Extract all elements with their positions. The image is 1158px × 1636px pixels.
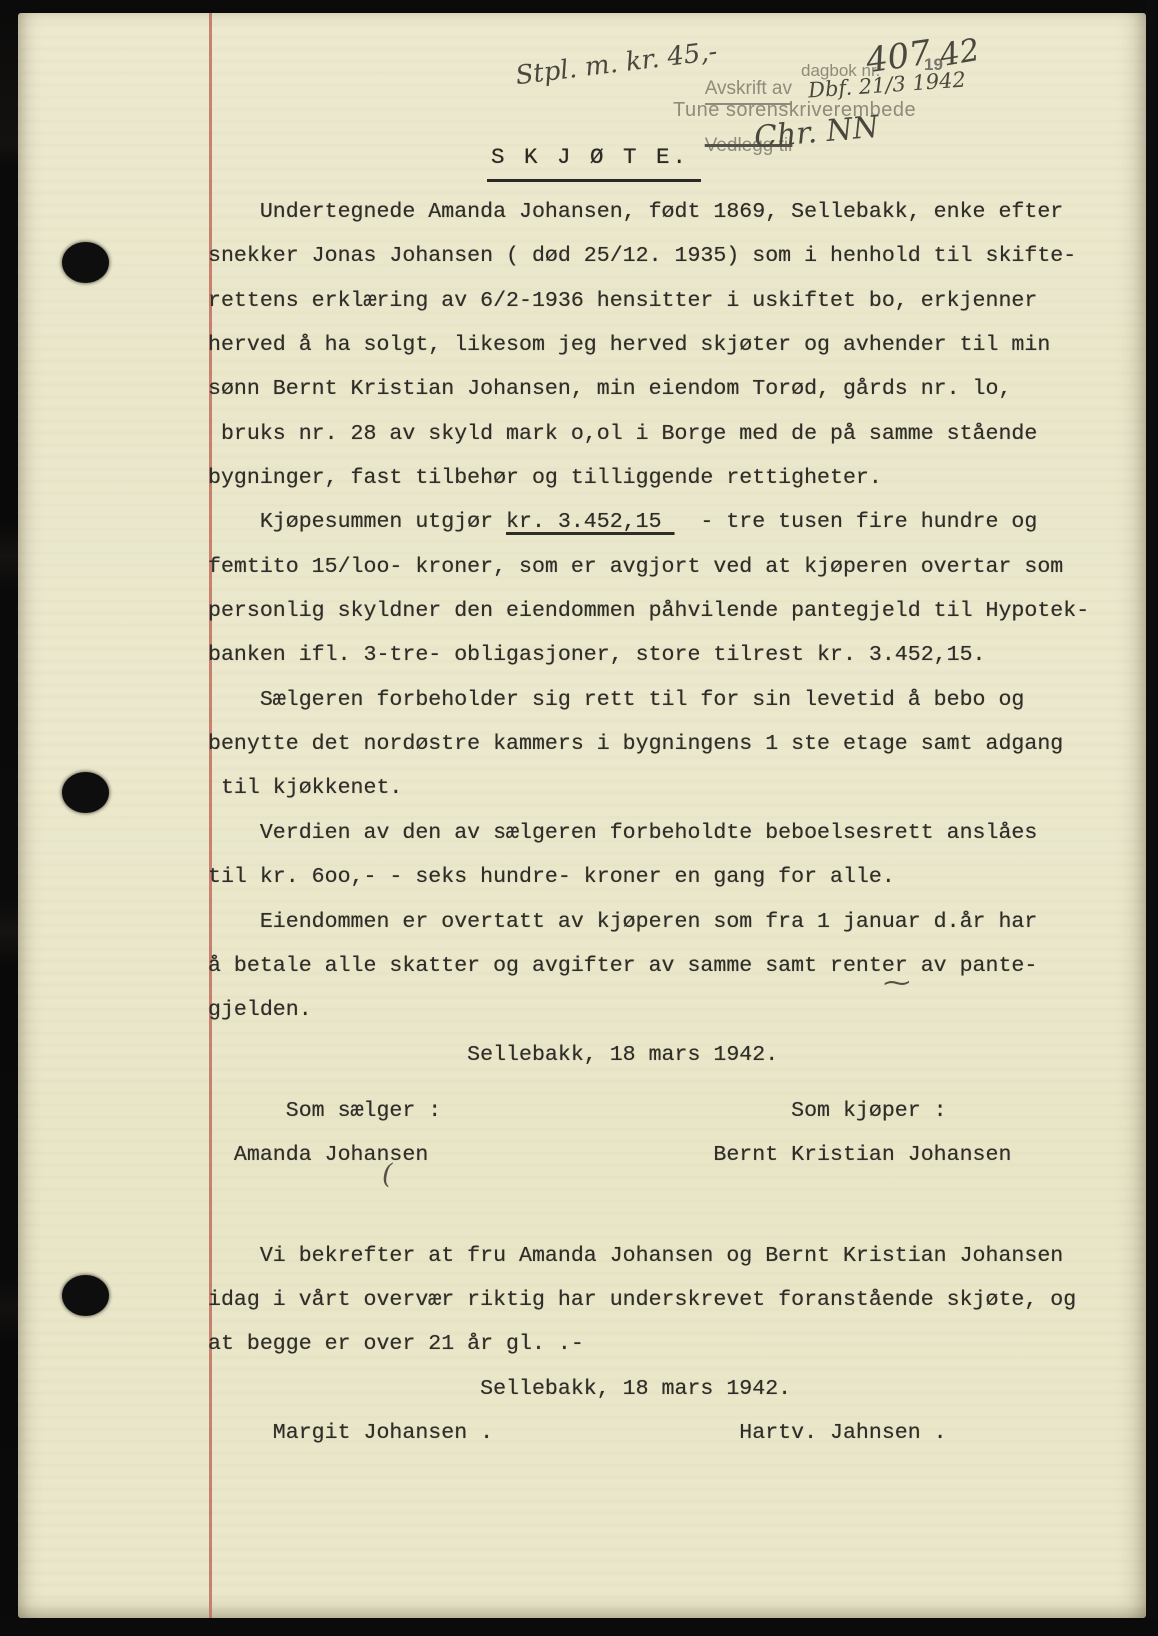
scan-edge-top	[0, 0, 1158, 13]
typed-line: Vi bekrefter at fru Amanda Johansen og B…	[208, 1234, 1123, 1278]
typed-line: Sellebakk, 18 mars 1942.	[208, 1367, 1123, 1411]
pencil-squiggle-under-renter: ~	[881, 968, 914, 998]
typed-line: bygninger, fast tilbehør og tilliggende …	[208, 456, 1123, 500]
typed-line: Margit Johansen . Hartv. Jahnsen .	[208, 1411, 1123, 1455]
typed-line: banken ifl. 3-tre- obligasjoner, store t…	[208, 633, 1123, 677]
typed-line: Undertegnede Amanda Johansen, født 1869,…	[208, 190, 1123, 234]
typed-line: herved å ha solgt, likesom jeg herved sk…	[208, 323, 1123, 367]
hole-punch-bottom	[62, 1275, 109, 1316]
typed-line: idag i vårt overvær riktig har underskre…	[208, 1278, 1123, 1322]
typed-line: til kjøkkenet.	[208, 766, 1123, 810]
scan-edge-bottom	[0, 1618, 1158, 1636]
typed-line: at begge er over 21 år gl. .-	[208, 1322, 1123, 1366]
typed-line: Eiendommen er overtatt av kjøperen som f…	[208, 900, 1123, 944]
paper-sheet: Stpl. m. kr. 45,- Avskrift av Vedlegg ti…	[18, 13, 1146, 1618]
typed-line: Verdien av den av sælgeren forbeholdte b…	[208, 811, 1123, 855]
typed-line: personlig skyldner den eiendommen påhvil…	[208, 589, 1123, 633]
typed-line: sønn Bernt Kristian Johansen, min eiendo…	[208, 367, 1123, 411]
typed-line: gjelden.	[208, 988, 1123, 1032]
typed-line: Sellebakk, 18 mars 1942.	[208, 1033, 1123, 1077]
typed-line: bruks nr. 28 av skyld mark o,ol i Borge …	[208, 412, 1123, 456]
hole-punch-top	[62, 242, 109, 283]
typed-line: til kr. 6oo,- - seks hundre- kroner en g…	[208, 855, 1123, 899]
typed-line: Amanda Johansen Bernt Kristian Johansen	[208, 1133, 1123, 1177]
typed-line: Kjøpesummen utgjør kr. 3.452,15 - tre tu…	[208, 500, 1123, 544]
typed-body: Undertegnede Amanda Johansen, født 1869,…	[208, 190, 1123, 1455]
scanned-page: Stpl. m. kr. 45,- Avskrift av Vedlegg ti…	[0, 0, 1158, 1636]
hole-punch-middle	[62, 772, 109, 813]
typed-line: Sælgeren forbeholder sig rett til for si…	[208, 678, 1123, 722]
typed-line: å betale alle skatter og avgifter av sam…	[208, 944, 1123, 988]
typed-line: snekker Jonas Johansen ( død 25/12. 1935…	[208, 234, 1123, 278]
typed-line: femtito 15/loo- kroner, som er avgjort v…	[208, 545, 1123, 589]
pencil-paren-mark: (	[382, 1159, 393, 1190]
typed-line: Som sælger : Som kjøper :	[208, 1089, 1123, 1133]
typed-line: benytte det nordøstre kammers i bygninge…	[208, 722, 1123, 766]
typed-line: rettens erklæring av 6/2-1936 hensitter …	[208, 279, 1123, 323]
document-title: S K J Ø T E.	[487, 144, 701, 182]
scan-edge-right	[1146, 0, 1158, 1636]
scan-edge-left	[0, 0, 18, 1636]
